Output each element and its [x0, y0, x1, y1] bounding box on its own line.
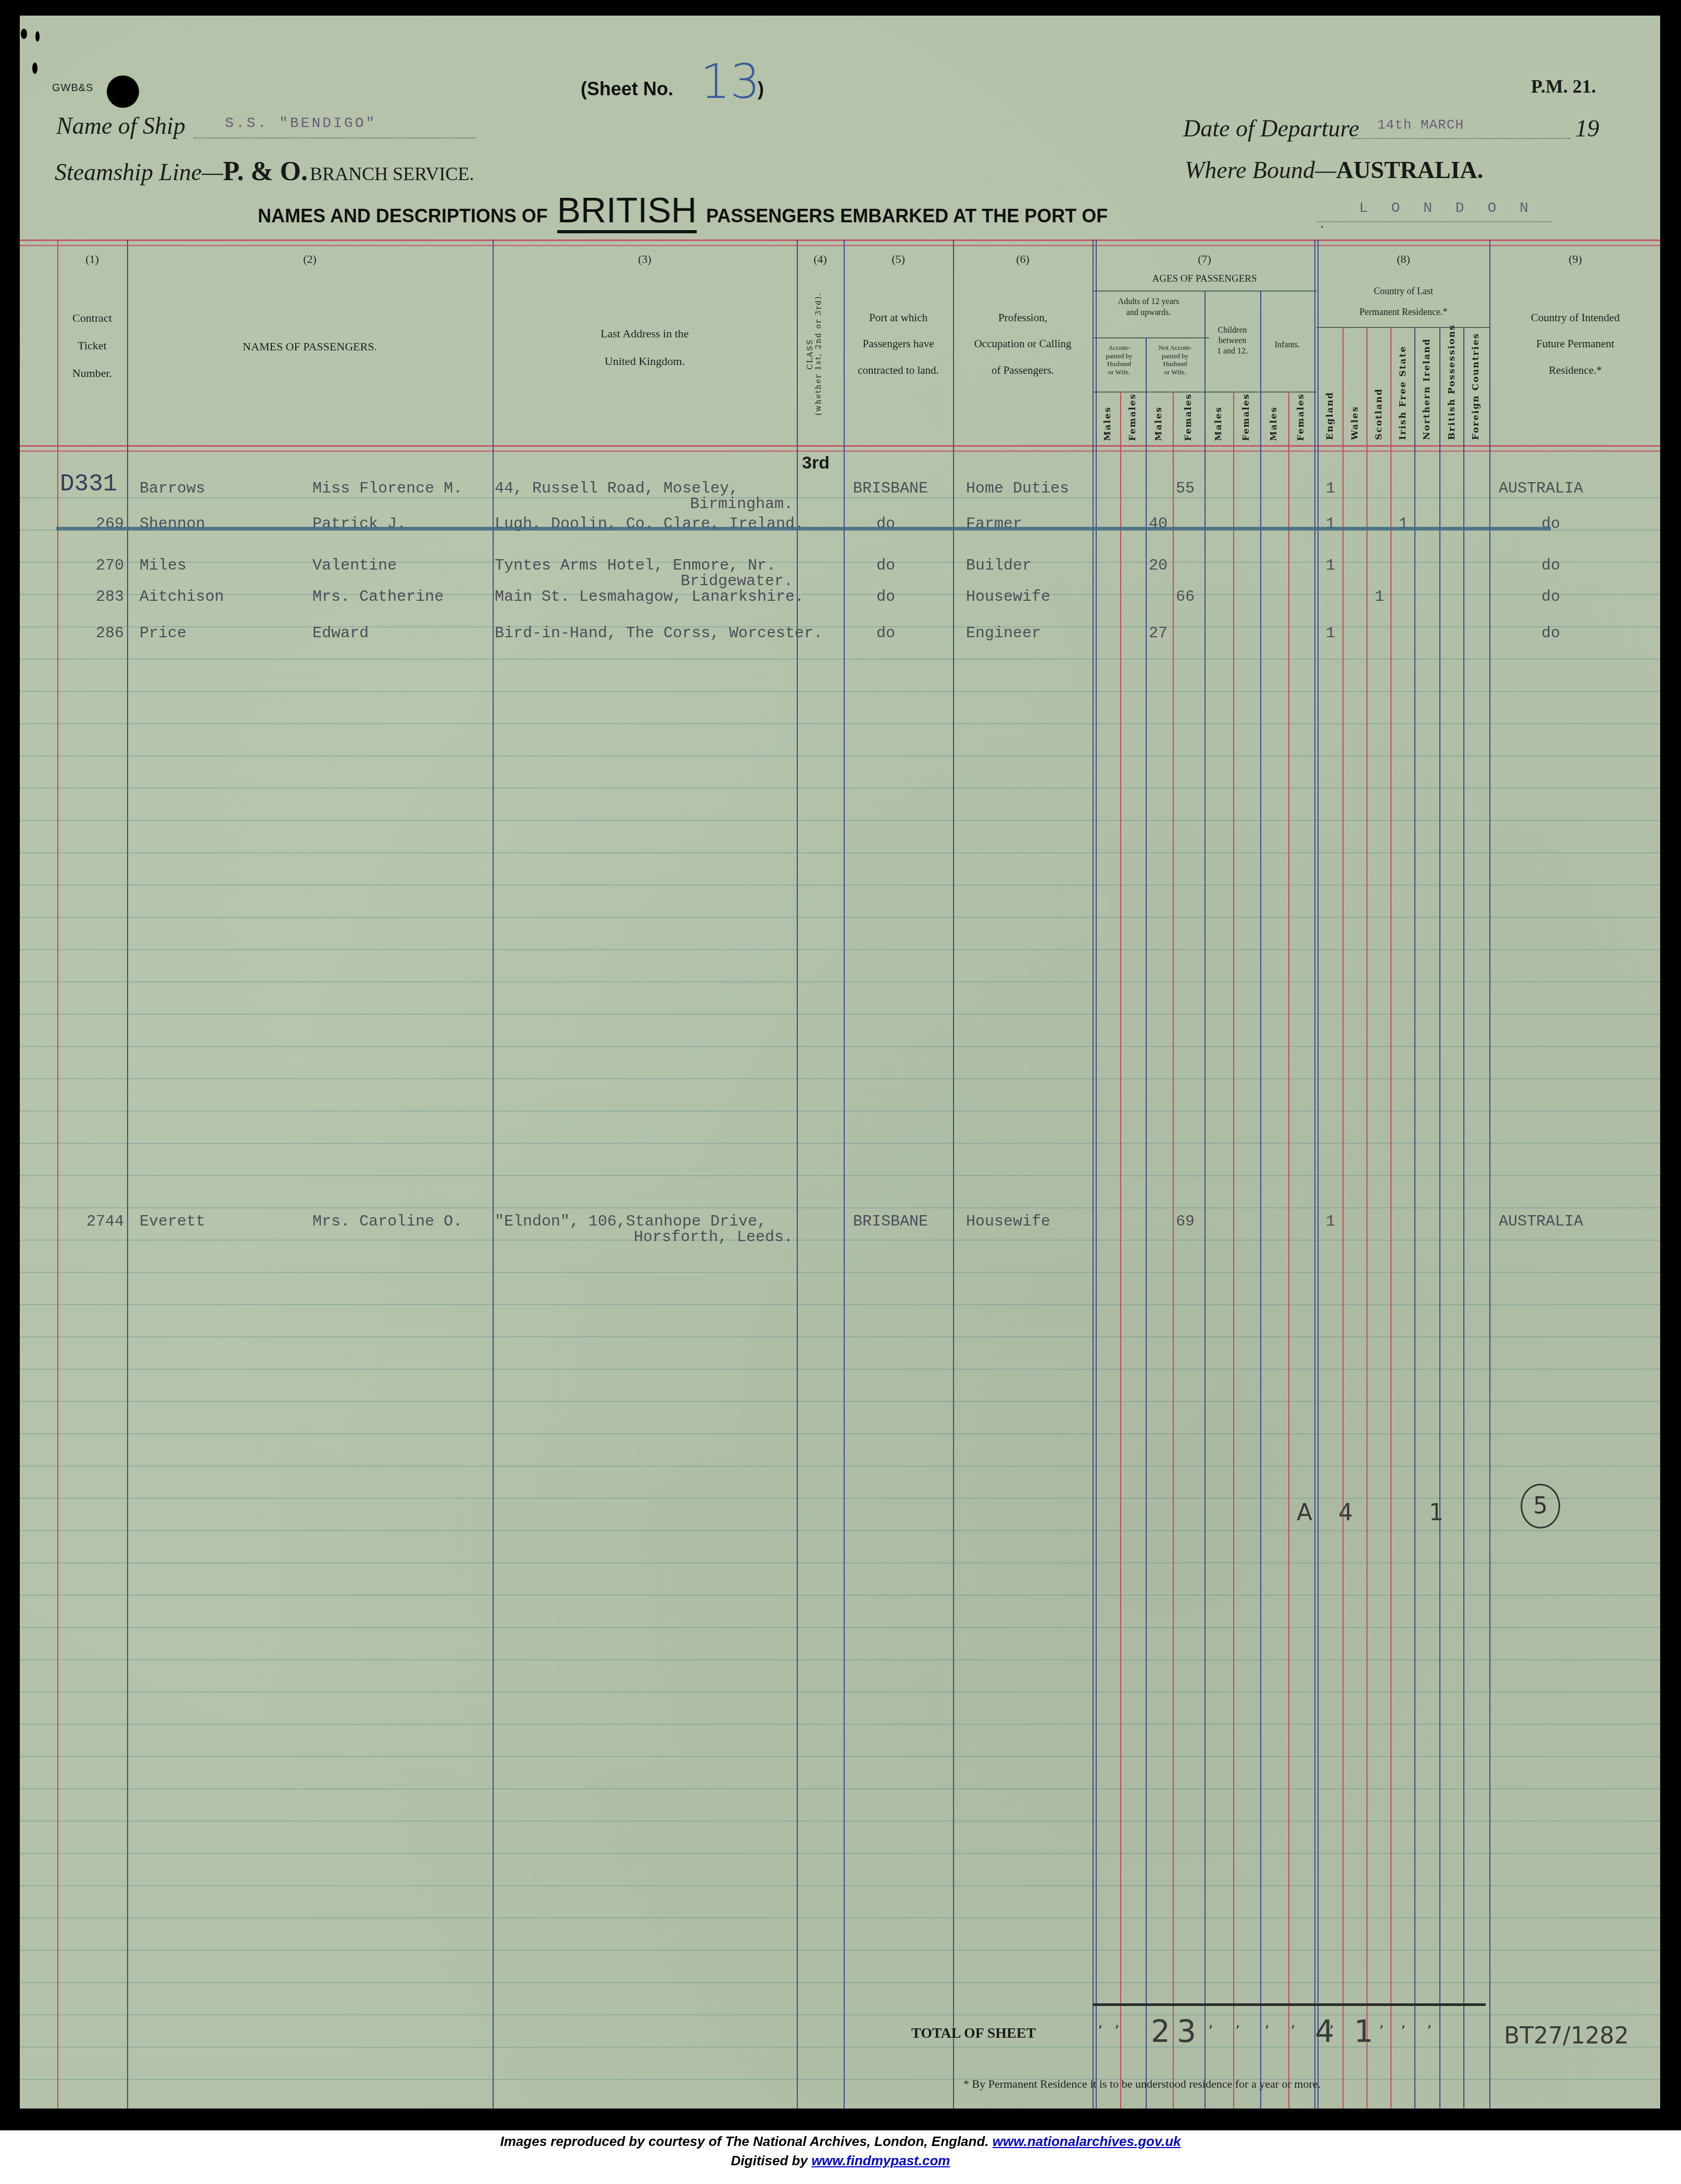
address-line-1: "Elndon", 106,Stanhope Drive, — [495, 1213, 767, 1231]
col4-number: (4) — [797, 253, 844, 266]
sub-divider — [1414, 327, 1415, 2109]
sub-divider — [1173, 392, 1174, 2109]
adults-label: Adults of 12 years and upwards. — [1093, 297, 1205, 319]
col3-label: Last Address in the United Kingdom. — [493, 320, 797, 375]
sub-divider — [1390, 327, 1391, 2109]
country-subheader: Scotland — [1374, 333, 1384, 440]
address-line-2: Bridgewater. — [681, 573, 793, 590]
line-label: Steamship Line— — [55, 159, 223, 185]
occupation: Builder — [966, 557, 1032, 575]
sub-divider — [1439, 327, 1440, 2109]
total-value: ʼ — [1098, 2023, 1103, 2041]
printer-mark: GWB&S — [52, 82, 93, 94]
col7-number: (7) — [1093, 253, 1316, 266]
ticket-number: D331 — [60, 471, 117, 498]
intended-residence: do — [1541, 588, 1560, 606]
col9-label: Country of Intended Future Permanent Res… — [1490, 305, 1660, 383]
sub-divider — [1260, 291, 1261, 2109]
total-value: ʼ — [1290, 2023, 1296, 2041]
total-value: ʼ — [1329, 2023, 1334, 2041]
departure-label: Date of Departure — [1183, 115, 1359, 142]
nationalarchives-link[interactable]: www.nationalarchives.gov.uk — [993, 2133, 1181, 2149]
total-value: 2 — [1151, 2014, 1170, 2049]
margin-rule — [57, 239, 58, 2109]
intended-residence: do — [1541, 557, 1560, 575]
punch-hole — [107, 75, 139, 108]
col-divider-6b — [1096, 239, 1097, 2109]
steamship-line: Steamship Line—P. & O. BRANCH SERVICE. — [55, 156, 474, 187]
bound-value: AUSTRALIA. — [1336, 157, 1483, 183]
ship-label: Name of Ship — [56, 112, 185, 140]
sheet-no-value: 13 — [700, 55, 760, 109]
sub-divider — [1366, 327, 1368, 2109]
age-subheader-males: Males — [1153, 397, 1164, 441]
col6-label: Profession, Occupation or Calling of Pas… — [953, 305, 1093, 383]
address-line-1: Main St. Lesmahagow, Lanarkshire. — [495, 588, 804, 606]
address-line-2: Horsforth, Leeds. — [634, 1229, 793, 1246]
surname: Aitchison — [140, 588, 224, 606]
ship-field: S.S. "BENDIGO" — [194, 116, 475, 138]
surname: Barrows — [140, 480, 205, 498]
country-subheader: Foreign Countries — [1471, 333, 1481, 440]
age: 20 — [1149, 557, 1168, 575]
departure-year: 19 — [1575, 115, 1599, 142]
port-of-landing: do — [876, 557, 895, 575]
residence-mark: 1 — [1326, 557, 1335, 575]
country-subheader: Irish Free State — [1398, 333, 1408, 440]
sub-divider — [1146, 337, 1147, 2109]
ticket-number: 283 — [96, 588, 124, 606]
credits-line1: Images reproduced by courtesy of The Nat… — [500, 2133, 988, 2149]
col-divider-6 — [1093, 239, 1094, 2109]
tear-mark — [32, 62, 37, 74]
table-top-rule-2 — [20, 245, 1660, 246]
age: 69 — [1176, 1213, 1195, 1231]
not-accompanied-label: Not Accom- panied by Husband or Wife. — [1146, 344, 1205, 376]
title-right: PASSENGERS EMBARKED AT THE PORT OF — [706, 205, 1108, 226]
port-field: L O N D O N . — [1318, 200, 1552, 222]
country-last-label: Country of Last Permanent Residence.* — [1316, 281, 1490, 322]
col8-number: (8) — [1316, 253, 1490, 266]
sheet-no-label: (Sheet No. — [581, 78, 673, 100]
total-value: ʼ — [1235, 2023, 1240, 2041]
col1-number: (1) — [57, 253, 127, 266]
class-marker: 3rd — [802, 453, 830, 473]
address-line-1: Bird-in-Hand, The Corss, Worcester. — [495, 625, 823, 642]
col1-label: Contract Ticket Number. — [57, 305, 127, 387]
col2-label: NAMES OF PASSENGERS. — [127, 336, 493, 358]
infants-label: Infants. — [1260, 337, 1314, 353]
occupation: Home Duties — [966, 480, 1069, 498]
total-value: 1 — [1354, 2014, 1373, 2049]
departure-value: 14th MARCH — [1351, 117, 1464, 133]
port-of-landing: BRISBANE — [853, 1213, 928, 1231]
ages-label: AGES OF PASSENGERS — [1093, 270, 1316, 288]
accompanied-label: Accom- panied by Husband or Wife. — [1093, 344, 1146, 376]
col5-label: Port at which Passengers have contracted… — [844, 305, 953, 383]
age-subheader-males: Males — [1102, 397, 1113, 441]
port-of-landing: do — [876, 588, 895, 606]
total-value: ʼ — [1114, 2023, 1120, 2041]
ticket-number: 2744 — [86, 1213, 124, 1231]
total-value: ʼ — [1379, 2023, 1384, 2041]
surname: Price — [140, 625, 186, 642]
total-value: ʼ — [1401, 2023, 1406, 2041]
surname: Miles — [140, 557, 186, 575]
total-value: ʼ — [1264, 2023, 1270, 2041]
col-divider-1 — [127, 239, 128, 2109]
col-divider-2 — [493, 239, 494, 2109]
sub-divider — [1288, 392, 1289, 2109]
address-line-1: Tyntes Arms Hotel, Enmore, Nr. — [495, 557, 776, 575]
age-subheader-females: Females — [1183, 397, 1194, 441]
given-names: Mrs. Caroline O. — [312, 1213, 462, 1231]
occupation: Engineer — [966, 625, 1041, 642]
table-top-rule — [20, 239, 1660, 241]
age-subheader-males: Males — [1269, 397, 1279, 441]
country-subheader: Northern Ireland — [1422, 333, 1432, 440]
credits-line2: Digitised by — [731, 2153, 808, 2168]
title-emphasis: BRITISH — [557, 191, 697, 233]
tear-mark — [35, 31, 40, 42]
country-subheader: Wales — [1350, 333, 1360, 440]
age-subheader-males: Males — [1213, 397, 1224, 441]
sub-divider — [1233, 392, 1234, 2109]
sheet-title: NAMES AND DESCRIPTIONS OF BRITISH PASSEN… — [258, 190, 1108, 231]
occupation: Housewife — [966, 1213, 1050, 1231]
ticket-number: 286 — [96, 625, 124, 642]
residence-mark: 1 — [1326, 625, 1335, 642]
intended-residence: AUSTRALIA — [1499, 1213, 1583, 1231]
port-of-landing: do — [876, 625, 895, 642]
totals-label: TOTAL OF SHEET — [911, 2025, 1036, 2042]
reference-annotation: BT27/1282 — [1504, 2023, 1629, 2049]
ship-value: S.S. "BENDIGO" — [194, 116, 377, 132]
sub-divider — [1463, 327, 1464, 2109]
sheet-no-close: ) — [758, 78, 764, 100]
age: 66 — [1176, 588, 1195, 606]
sub-divider — [1205, 291, 1206, 2109]
country-subheader: British Possessions — [1447, 333, 1457, 440]
col-divider-7b — [1318, 239, 1319, 2109]
age-subheader-females: Females — [1241, 397, 1251, 441]
title-left: NAMES AND DESCRIPTIONS OF — [258, 205, 548, 226]
col9-number: (9) — [1490, 253, 1660, 266]
port-of-landing: BRISBANE — [853, 480, 928, 498]
col6-number: (6) — [953, 253, 1093, 266]
age: 55 — [1176, 480, 1195, 498]
sub-divider — [1343, 327, 1344, 2109]
intended-residence: AUSTRALIA — [1499, 480, 1583, 498]
col4-label: CLASS (whether 1st, 2nd or 3rd). — [806, 286, 823, 422]
col-divider-4 — [844, 239, 845, 2109]
departure-field: 14th MARCH — [1351, 117, 1570, 139]
given-names: Miss Florence M. — [312, 480, 462, 498]
findmypast-link[interactable]: www.findmypast.com — [811, 2153, 950, 2168]
adults-divider — [1093, 337, 1209, 338]
total-value: ʼ — [1208, 2023, 1213, 2041]
children-label: Children between 1 and 12. — [1205, 325, 1260, 357]
col3-number: (3) — [493, 253, 797, 266]
col2-number: (2) — [127, 253, 493, 266]
tear-mark — [21, 29, 27, 39]
col-divider-7 — [1314, 239, 1315, 2109]
given-names: Valentine — [312, 557, 397, 575]
totals-rule — [1093, 2003, 1486, 2006]
total-value: ʼ — [1427, 2023, 1432, 2041]
address-line-1: 44, Russell Road, Moseley, — [495, 480, 738, 498]
where-bound: Where Bound—AUSTRALIA. — [1185, 156, 1483, 184]
bound-label: Where Bound— — [1185, 157, 1336, 183]
footnote: * By Permanent Residence it is to be und… — [963, 2077, 1321, 2091]
col5-number: (5) — [844, 253, 953, 266]
surname: Everett — [140, 1213, 205, 1231]
age-subheader-females: Females — [1296, 397, 1306, 441]
total-value: 3 — [1177, 2014, 1196, 2049]
col-divider-8 — [1489, 239, 1490, 2109]
residence-mark: 1 — [1326, 1213, 1335, 1231]
form-code: P.M. 21. — [1531, 75, 1596, 97]
age: 27 — [1149, 625, 1168, 642]
circled-count: 5 — [1521, 1484, 1560, 1529]
ticket-number: 270 — [96, 557, 124, 575]
line-value-rest: BRANCH SERVICE. — [310, 163, 474, 184]
sub-divider — [1120, 392, 1121, 2109]
intended-residence: do — [1541, 625, 1560, 642]
given-names: Mrs. Catherine — [312, 588, 444, 606]
circled-count-value: 5 — [1522, 1485, 1559, 1527]
address-line-2: Birmingham. — [690, 496, 793, 513]
occupation: Housewife — [966, 588, 1050, 606]
col-divider-5 — [953, 239, 954, 2109]
line-value-bold: P. & O. — [223, 157, 308, 186]
tally-annotation: A 4 1 — [1297, 1499, 1453, 1526]
given-names: Edward — [312, 625, 369, 642]
residence-mark: 1 — [1375, 588, 1384, 606]
residence-mark: 1 — [1326, 480, 1335, 498]
strikethrough-line — [56, 527, 1551, 531]
age-subheader-females: Females — [1127, 397, 1138, 441]
country-subheader: England — [1325, 333, 1335, 440]
credits-footer: Images reproduced by courtesy of The Nat… — [0, 2130, 1681, 2184]
